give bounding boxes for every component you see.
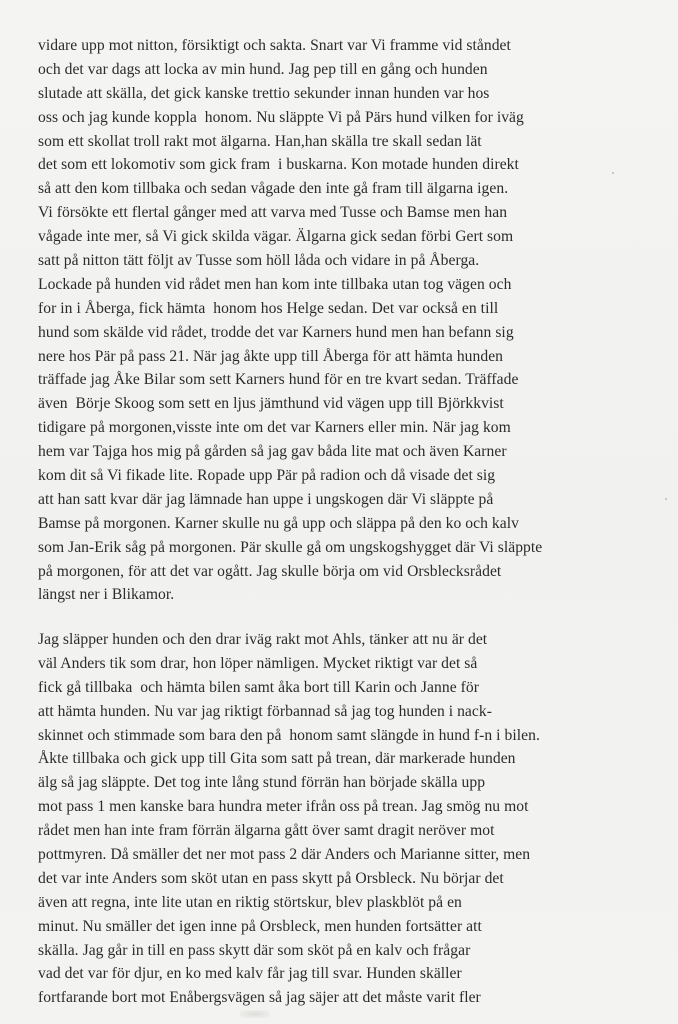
text-line: älg så jag släppte. Det tog inte lång st… (38, 771, 668, 795)
text-line: väl Anders tik som drar, hon löper nämli… (38, 652, 668, 676)
text-line: att han satt kvar där jag lämnade han up… (38, 488, 668, 512)
text-line: fortfarande bort mot Enåbergsvägen så ja… (38, 986, 668, 1010)
text-line: vidare upp mot nitton, försiktigt och sa… (38, 34, 668, 58)
text-line: och det var dags att locka av min hund. … (38, 58, 668, 82)
paper-smudge (240, 1010, 270, 1018)
text-line: det som ett lokomotiv som gick fram i bu… (38, 153, 668, 177)
text-line: Vi försökte ett flertal gånger med att v… (38, 201, 668, 225)
text-line: mot pass 1 men kanske bara hundra meter … (38, 795, 668, 819)
text-line: Åkte tillbaka och gick upp till Gita som… (38, 747, 668, 771)
text-line: träffade jag Åke Bilar som sett Karners … (38, 368, 668, 392)
text-line: rådet men han inte fram förrän älgarna g… (38, 819, 668, 843)
text-line: fick gå tillbaka och hämta bilen samt åk… (38, 676, 668, 700)
text-line: längst ner i Blikamor. (38, 583, 668, 607)
text-line: skälla. Jag går in till en pass skytt dä… (38, 939, 668, 963)
text-line: slutade att skälla, det gick kanske tret… (38, 82, 668, 106)
text-line: skinnet och stimmade som bara den på hon… (38, 724, 668, 748)
text-line: att hämta hunden. Nu var jag riktigt för… (38, 700, 668, 724)
text-line: som ett skollat troll rakt mot älgarna. … (38, 130, 668, 154)
text-line: satt på nitton tätt följt av Tusse som h… (38, 249, 668, 273)
text-line: hund som skälde vid rådet, trodde det va… (38, 321, 668, 345)
paragraph-1: vidare upp mot nitton, försiktigt och sa… (38, 34, 668, 607)
typewritten-page: vidare upp mot nitton, försiktigt och sa… (0, 0, 678, 1024)
text-line: vågade inte mer, så Vi gick skilda vägar… (38, 225, 668, 249)
text-line: vad det var för djur, en ko med kalv får… (38, 962, 668, 986)
text-line: minut. Nu smäller det igen inne på Orsbl… (38, 915, 668, 939)
text-line: pottmyren. Då smäller det ner mot pass 2… (38, 843, 668, 867)
paper-speck (295, 456, 297, 458)
paper-speck (665, 498, 667, 500)
text-line: så att den kom tillbaka och sedan vågade… (38, 177, 668, 201)
paper-speck (612, 172, 614, 174)
text-line: kom dit så Vi fikade lite. Ropade upp Pä… (38, 464, 668, 488)
text-line: det var inte Anders som sköt utan en pas… (38, 867, 668, 891)
text-line: hem var Tajga hos mig på gården så jag g… (38, 440, 668, 464)
text-line: nere hos Pär på pass 21. När jag åkte up… (38, 345, 668, 369)
text-line: även Börje Skoog som sett en ljus jämthu… (38, 392, 668, 416)
text-line: Jag släpper hunden och den drar iväg rak… (38, 628, 668, 652)
paragraph-2: Jag släpper hunden och den drar iväg rak… (38, 628, 668, 1010)
text-line: Bamse på morgonen. Karner skulle nu gå u… (38, 512, 668, 536)
text-line: även att regna, inte lite utan en riktig… (38, 891, 668, 915)
text-line: oss och jag kunde koppla honom. Nu släpp… (38, 106, 668, 130)
text-line: som Jan-Erik såg på morgonen. Pär skulle… (38, 536, 668, 560)
text-line: Lockade på hunden vid rådet men han kom … (38, 273, 668, 297)
text-line: for in i Åberga, fick hämta honom hos He… (38, 297, 668, 321)
text-line: tidigare på morgonen,visste inte om det … (38, 416, 668, 440)
text-line: på morgonen, för att det var ogått. Jag … (38, 560, 668, 584)
